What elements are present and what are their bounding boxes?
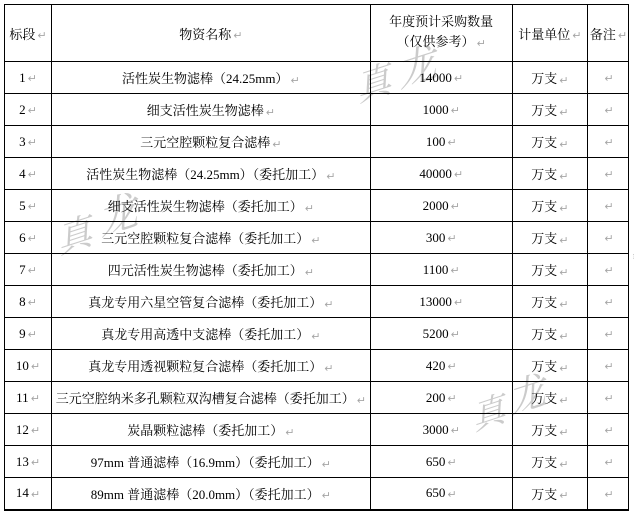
- cell-remark: ↵¤: [587, 350, 628, 382]
- cell-unit: 万支↵: [512, 414, 587, 446]
- paragraph-mark-icon: ↵: [31, 424, 40, 437]
- paragraph-mark-icon: ↵: [326, 170, 335, 183]
- paragraph-mark-icon: ↵: [604, 328, 613, 341]
- paragraph-mark-icon: ↵: [305, 266, 314, 279]
- cell-remark: ↵¤: [587, 62, 628, 94]
- cell-lot: 11↵: [5, 382, 52, 414]
- table-row: 7↵ 四元活性炭生物滤棒（委托加工）↵ 1100↵ 万支↵ ↵¤: [5, 254, 629, 286]
- header-row: 标段↵ 物资名称↵ 年度预计采购数量 （仅供参考）↵ 计量单位↵ 备注↵¤: [5, 5, 629, 62]
- paragraph-mark-icon: ↵: [285, 426, 294, 439]
- cell-lot: 6↵: [5, 222, 52, 254]
- paragraph-mark-icon: ↵: [447, 456, 456, 469]
- cell-remark: ↵¤: [587, 126, 628, 158]
- paragraph-mark-icon: ↵: [604, 168, 613, 181]
- paragraph-mark-icon: ↵: [31, 488, 40, 501]
- table-row: 11↵ 三元空腔纳米多孔颗粒双沟槽复合滤棒（委托加工）↵ 200↵ 万支↵ ↵¤: [5, 382, 629, 414]
- table-row: 1↵ 活性炭生物滤棒（24.25mm）↵ 14000↵ 万支↵ ↵¤: [5, 62, 629, 94]
- paragraph-mark-icon: ↵: [477, 37, 486, 50]
- paragraph-mark-icon: ↵: [559, 330, 568, 343]
- paragraph-mark-icon: ↵: [28, 168, 37, 181]
- cell-unit: 万支↵: [512, 94, 587, 126]
- paragraph-mark-icon: ↵: [559, 266, 568, 279]
- header-lot-label: 标段: [9, 27, 35, 42]
- paragraph-mark-icon: ↵: [31, 456, 40, 469]
- header-quantity: 年度预计采购数量 （仅供参考）↵: [370, 5, 512, 62]
- header-quantity-line2: （仅供参考）↵: [373, 32, 510, 53]
- header-lot: 标段↵: [5, 5, 52, 62]
- paragraph-mark-icon: ↵: [559, 426, 568, 439]
- header-unit-label: 计量单位: [518, 27, 570, 42]
- paragraph-mark-icon: ↵: [28, 72, 37, 85]
- paragraph-mark-icon: ↵: [324, 362, 333, 375]
- paragraph-mark-icon: ↵: [559, 202, 568, 215]
- cell-remark: ↵¤: [587, 382, 628, 414]
- cell-unit: 万支↵: [512, 286, 587, 318]
- cell-quantity: 1000↵: [370, 94, 512, 126]
- table-row: 10↵ 真龙专用透视颗粒复合滤棒（委托加工）↵ 420↵ 万支↵ ↵¤: [5, 350, 629, 382]
- paragraph-mark-icon: ↵: [451, 104, 460, 117]
- paragraph-mark-icon: ↵: [604, 360, 613, 373]
- paragraph-mark-icon: ↵: [604, 104, 613, 117]
- paragraph-mark-icon: ↵: [454, 72, 463, 85]
- cell-unit: 万支↵: [512, 318, 587, 350]
- paragraph-mark-icon: ↵: [604, 200, 613, 213]
- cell-lot: 5↵: [5, 190, 52, 222]
- paragraph-mark-icon: ↵: [451, 328, 460, 341]
- paragraph-mark-icon: ↵: [357, 394, 366, 407]
- cell-quantity: 420↵: [370, 350, 512, 382]
- cell-quantity: 100↵: [370, 126, 512, 158]
- cell-unit: 万支↵: [512, 190, 587, 222]
- paragraph-mark-icon: ↵: [604, 456, 613, 469]
- cell-material: 真龙专用高透中支滤棒（委托加工）↵: [52, 318, 371, 350]
- paragraph-mark-icon: ↵: [559, 138, 568, 151]
- table-row: 2↵ 细支活性炭生物滤棒↵ 1000↵ 万支↵ ↵¤: [5, 94, 629, 126]
- paragraph-mark-icon: ↵: [559, 394, 568, 407]
- paragraph-mark-icon: ↵: [604, 424, 613, 437]
- cell-unit: 万支↵: [512, 62, 587, 94]
- paragraph-mark-icon: ↵: [290, 74, 299, 87]
- header-material: 物资名称↵: [52, 5, 371, 62]
- paragraph-mark-icon: ↵: [37, 29, 46, 42]
- cell-material: 活性炭生物滤棒（24.25mm）↵: [52, 62, 371, 94]
- cell-lot: 9↵: [5, 318, 52, 350]
- table-row: 5↵ 细支活性炭生物滤棒（委托加工）↵ 2000↵ 万支↵ ↵¤: [5, 190, 629, 222]
- paragraph-mark-icon: ↵: [31, 392, 40, 405]
- paragraph-mark-icon: ↵: [447, 360, 456, 373]
- cell-lot: 1↵: [5, 62, 52, 94]
- cell-remark: ↵¤: [587, 158, 628, 190]
- cell-quantity: 40000↵: [370, 158, 512, 190]
- cell-material: 89mm 普通滤棒（20.0mm）（委托加工）↵: [52, 478, 371, 510]
- paragraph-mark-icon: ↵: [322, 489, 331, 502]
- cell-remark: ↵¤: [587, 318, 628, 350]
- procurement-table: 标段↵ 物资名称↵ 年度预计采购数量 （仅供参考）↵ 计量单位↵ 备注↵¤ 1↵…: [4, 4, 629, 511]
- paragraph-mark-icon: ↵: [28, 264, 37, 277]
- document-page: { "marks": { "cell_end": "↵", "row_end":…: [0, 0, 634, 522]
- paragraph-mark-icon: ↵: [450, 264, 459, 277]
- paragraph-mark-icon: ↵: [28, 296, 37, 309]
- paragraph-mark-icon: ↵: [604, 136, 613, 149]
- paragraph-mark-icon: ↵: [454, 168, 463, 181]
- cell-lot: 14↵: [5, 478, 52, 510]
- paragraph-mark-icon: ↵: [311, 234, 320, 247]
- cell-lot: 7↵: [5, 254, 52, 286]
- cell-material: 三元空腔颗粒复合滤棒↵: [52, 126, 371, 158]
- cell-unit: 万支↵: [512, 478, 587, 510]
- paragraph-mark-icon: ↵: [559, 298, 568, 311]
- paragraph-mark-icon: ↵: [447, 392, 456, 405]
- cell-remark: ↵¤: [587, 254, 628, 286]
- cell-quantity: 300↵: [370, 222, 512, 254]
- paragraph-mark-icon: ↵: [559, 74, 568, 87]
- cell-remark: ↵¤: [587, 446, 628, 478]
- cell-material: 四元活性炭生物滤棒（委托加工）↵: [52, 254, 371, 286]
- paragraph-mark-icon: ↵: [454, 296, 463, 309]
- cell-lot: 8↵: [5, 286, 52, 318]
- cell-quantity: 3000↵: [370, 414, 512, 446]
- cell-material: 炭晶颗粒滤棒（委托加工）↵: [52, 414, 371, 446]
- paragraph-mark-icon: ↵: [604, 264, 613, 277]
- cell-lot: 4↵: [5, 158, 52, 190]
- cell-unit: 万支↵: [512, 158, 587, 190]
- paragraph-mark-icon: ↵: [604, 392, 613, 405]
- cell-material: 真龙专用六星空管复合滤棒（委托加工）↵: [52, 286, 371, 318]
- paragraph-mark-icon: ↵: [31, 360, 40, 373]
- table-row: 14↵ 89mm 普通滤棒（20.0mm）（委托加工）↵ 650↵ 万支↵ ↵¤: [5, 478, 629, 510]
- paragraph-mark-icon: ↵: [572, 29, 581, 42]
- cell-remark: ↵¤: [587, 414, 628, 446]
- table-row: 9↵ 真龙专用高透中支滤棒（委托加工）↵ 5200↵ 万支↵ ↵¤: [5, 318, 629, 350]
- paragraph-mark-icon: ↵: [618, 29, 627, 42]
- cell-material: 活性炭生物滤棒（24.25mm）（委托加工）↵: [52, 158, 371, 190]
- paragraph-mark-icon: ↵: [451, 200, 460, 213]
- cell-unit: 万支↵: [512, 350, 587, 382]
- header-remark: 备注↵¤: [587, 5, 628, 62]
- paragraph-mark-icon: ↵: [266, 106, 275, 119]
- header-remark-label: 备注: [590, 27, 616, 42]
- cell-quantity: 200↵: [370, 382, 512, 414]
- cell-lot: 10↵: [5, 350, 52, 382]
- cell-remark: ↵¤: [587, 222, 628, 254]
- paragraph-mark-icon: ↵: [559, 170, 568, 183]
- cell-quantity: 650↵: [370, 446, 512, 478]
- paragraph-mark-icon: ↵: [28, 136, 37, 149]
- cell-material: 三元空腔纳米多孔颗粒双沟槽复合滤棒（委托加工）↵: [52, 382, 371, 414]
- table-row: 6↵ 三元空腔颗粒复合滤棒（委托加工）↵ 300↵ 万支↵ ↵¤: [5, 222, 629, 254]
- paragraph-mark-icon: ↵: [451, 424, 460, 437]
- cell-remark: ↵¤: [587, 478, 628, 510]
- cell-quantity: 14000↵: [370, 62, 512, 94]
- paragraph-mark-icon: ↵: [28, 328, 37, 341]
- paragraph-mark-icon: ↵: [28, 104, 37, 117]
- cell-unit: 万支↵: [512, 222, 587, 254]
- paragraph-mark-icon: ↵: [447, 136, 456, 149]
- paragraph-mark-icon: ↵: [559, 362, 568, 375]
- cell-remark: ↵¤: [587, 190, 628, 222]
- cell-lot: 13↵: [5, 446, 52, 478]
- table-row: 3↵ 三元空腔颗粒复合滤棒↵ 100↵ 万支↵ ↵¤: [5, 126, 629, 158]
- cell-quantity: 1100↵: [370, 254, 512, 286]
- paragraph-mark-icon: ↵: [447, 232, 456, 245]
- cell-material: 真龙专用透视颗粒复合滤棒（委托加工）↵: [52, 350, 371, 382]
- paragraph-mark-icon: ↵: [305, 202, 314, 215]
- cell-lot: 3↵: [5, 126, 52, 158]
- header-quantity-line1: 年度预计采购数量: [373, 12, 510, 32]
- cell-quantity: 13000↵: [370, 286, 512, 318]
- paragraph-mark-icon: ↵: [272, 138, 281, 151]
- table-row: 4↵ 活性炭生物滤棒（24.25mm）（委托加工）↵ 40000↵ 万支↵ ↵¤: [5, 158, 629, 190]
- paragraph-mark-icon: ↵: [604, 488, 613, 501]
- paragraph-mark-icon: ↵: [604, 232, 613, 245]
- paragraph-mark-icon: ↵: [604, 72, 613, 85]
- cell-unit: 万支↵: [512, 126, 587, 158]
- cell-quantity: 2000↵: [370, 190, 512, 222]
- paragraph-mark-icon: ↵: [28, 200, 37, 213]
- table-row: 8↵ 真龙专用六星空管复合滤棒（委托加工）↵ 13000↵ 万支↵ ↵¤: [5, 286, 629, 318]
- paragraph-mark-icon: ↵: [559, 106, 568, 119]
- cell-quantity: 650↵: [370, 478, 512, 510]
- cell-lot: 2↵: [5, 94, 52, 126]
- cell-quantity: 5200↵: [370, 318, 512, 350]
- header-material-label: 物资名称: [179, 27, 231, 42]
- paragraph-mark-icon: ↵: [233, 29, 242, 42]
- paragraph-mark-icon: ↵: [322, 458, 331, 471]
- paragraph-mark-icon: ↵: [324, 298, 333, 311]
- table-row: 12↵ 炭晶颗粒滤棒（委托加工）↵ 3000↵ 万支↵ ↵¤: [5, 414, 629, 446]
- paragraph-mark-icon: ↵: [28, 232, 37, 245]
- cell-material: 三元空腔颗粒复合滤棒（委托加工）↵: [52, 222, 371, 254]
- cell-unit: 万支↵: [512, 254, 587, 286]
- cell-remark: ↵¤: [587, 94, 628, 126]
- paragraph-mark-icon: ↵: [604, 296, 613, 309]
- table-row: 13↵ 97mm 普通滤棒（16.9mm）（委托加工）↵ 650↵ 万支↵ ↵¤: [5, 446, 629, 478]
- cell-unit: 万支↵: [512, 446, 587, 478]
- cell-lot: 12↵: [5, 414, 52, 446]
- paragraph-mark-icon: ↵: [559, 489, 568, 502]
- paragraph-mark-icon: ↵: [559, 234, 568, 247]
- paragraph-mark-icon: ↵: [311, 330, 320, 343]
- cell-material: 细支活性炭生物滤棒（委托加工）↵: [52, 190, 371, 222]
- paragraph-mark-icon: ↵: [559, 458, 568, 471]
- header-unit: 计量单位↵: [512, 5, 587, 62]
- cell-material: 细支活性炭生物滤棒↵: [52, 94, 371, 126]
- cell-remark: ↵¤: [587, 286, 628, 318]
- cell-unit: 万支↵: [512, 382, 587, 414]
- cell-material: 97mm 普通滤棒（16.9mm）（委托加工）↵: [52, 446, 371, 478]
- paragraph-mark-icon: ↵: [447, 488, 456, 501]
